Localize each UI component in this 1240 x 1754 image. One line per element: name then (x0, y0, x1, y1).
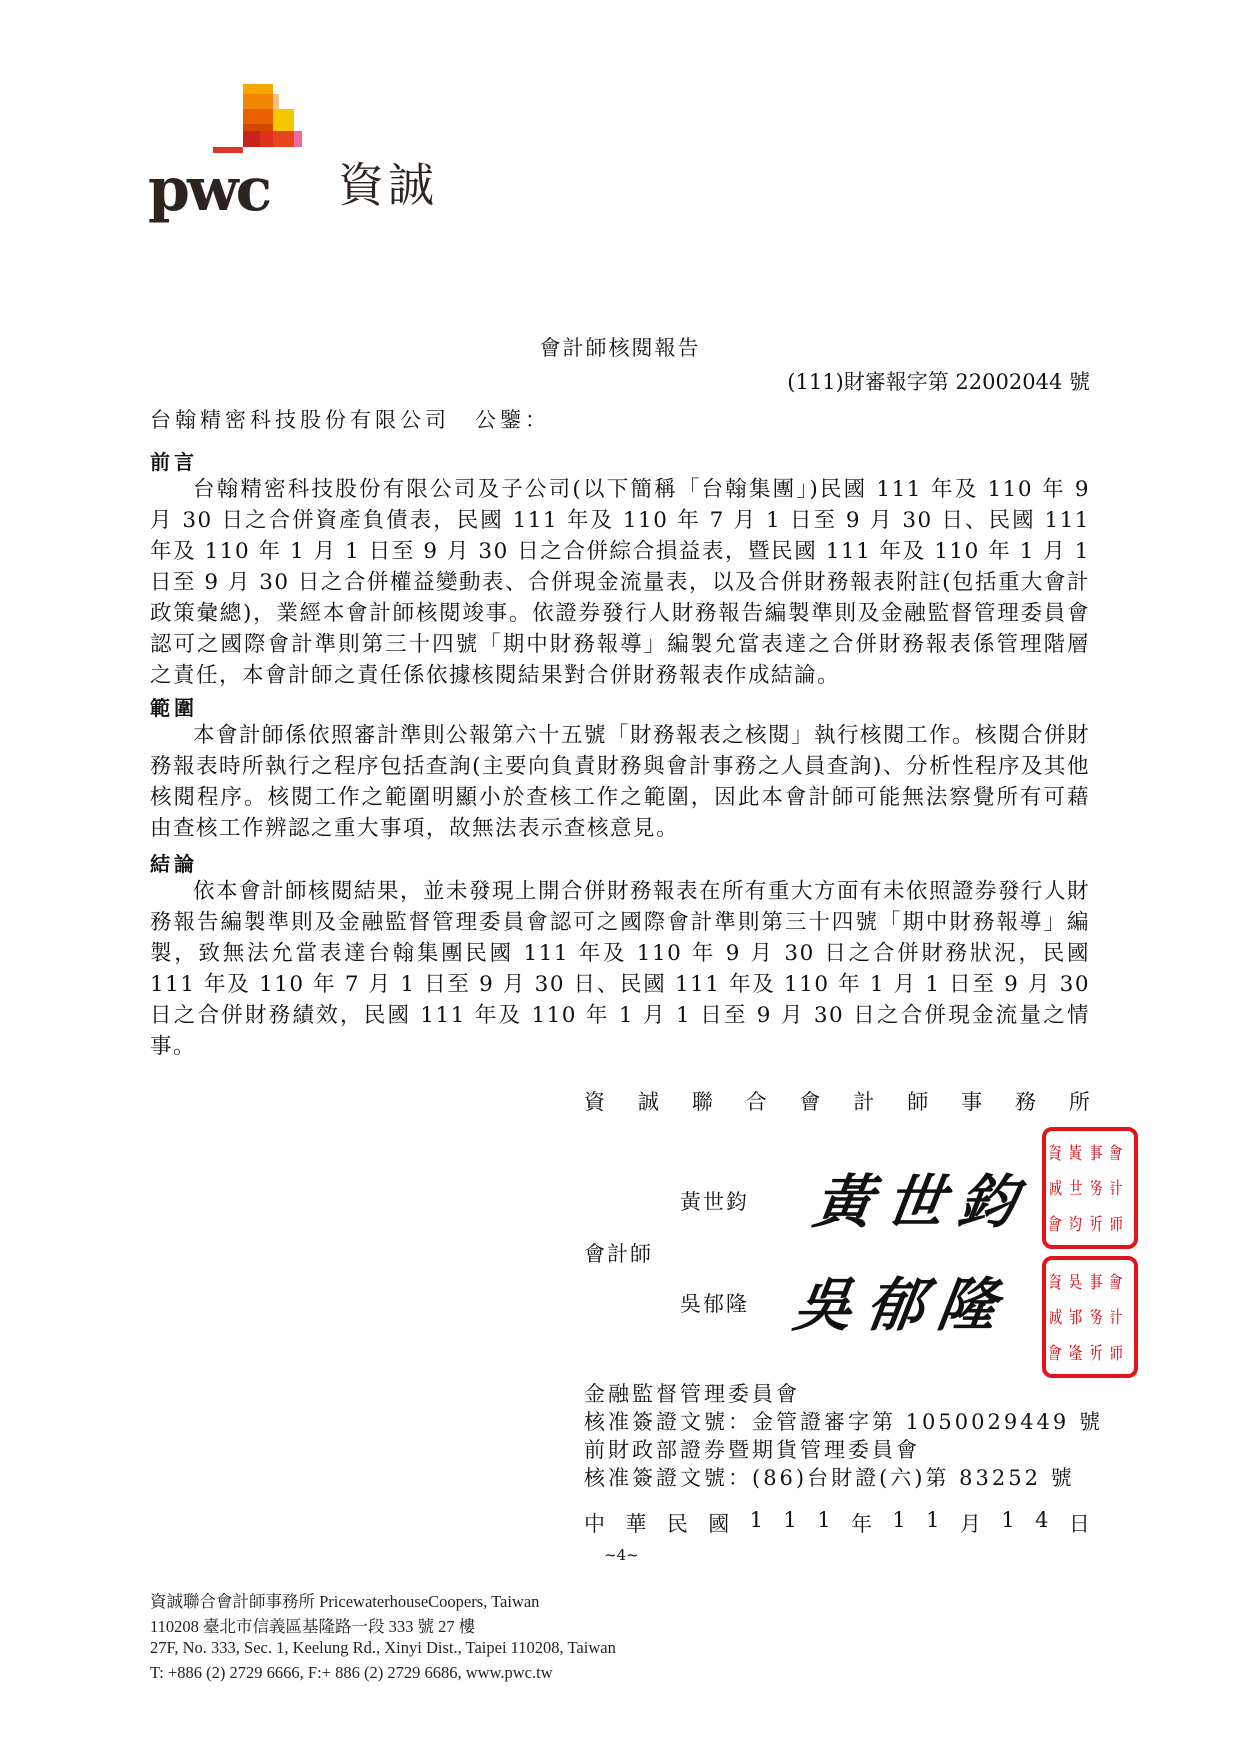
red-seal-stamp-1-icon: 資 黃 事 會 誠 世 務 計 會 鈞 所 師 (1042, 1127, 1138, 1249)
seal-char: 所 (1091, 1206, 1110, 1241)
firm-name: 資 誠 聯 合 會 計 師 事 務 所 (584, 1086, 1090, 1116)
handwritten-signature-1: 黃世鈞 (809, 1155, 1037, 1239)
footer-address-english: 27F, No. 333, Sec. 1, Keelung Rd., Xinyi… (150, 1638, 616, 1658)
firm-char: 資 (584, 1086, 605, 1116)
date-char: 1 (1001, 1508, 1014, 1538)
registration-number-2: 核准簽證文號：(86)台財證(六)第 83252 號 (584, 1462, 1075, 1492)
seal-char: 會 (1111, 1264, 1130, 1299)
date-char: 民 (667, 1508, 688, 1538)
report-reference-number: (111)財審報字第 22002044 號 (787, 366, 1090, 396)
seal-char: 事 (1091, 1264, 1110, 1299)
date-char: 1 (926, 1508, 939, 1538)
seal-char: 吳 (1070, 1264, 1089, 1299)
seal-char: 務 (1091, 1171, 1110, 1206)
date-char: 1 (783, 1508, 796, 1538)
seal-char: 會 (1050, 1335, 1069, 1370)
pwc-wordmark: pwc (148, 160, 269, 220)
red-seal-stamp-2-icon: 資 吳 事 會 誠 郁 務 計 會 隆 所 師 (1042, 1256, 1138, 1378)
firm-char: 事 (961, 1086, 982, 1116)
footer-address-chinese: 110208 臺北市信義區基隆路一段 333 號 27 樓 (150, 1613, 475, 1637)
accountant-label: 會計師 (584, 1238, 653, 1268)
date-char: 日 (1069, 1508, 1090, 1538)
date-char: 年 (851, 1508, 872, 1538)
report-date: 中 華 民 國 1 1 1 年 1 1 月 1 4 日 (584, 1508, 1090, 1538)
section-heading-conclusion: 結論 (150, 848, 198, 877)
handwritten-signature-2: 吳郁隆 (789, 1258, 1017, 1342)
date-char: 1 (817, 1508, 830, 1538)
date-char: 1 (750, 1508, 763, 1538)
seal-char: 會 (1050, 1206, 1069, 1241)
seal-char: 誠 (1050, 1300, 1069, 1335)
seal-char: 鈞 (1070, 1206, 1089, 1241)
date-char: 月 (960, 1508, 981, 1538)
pwc-chinese-name: 資誠 (338, 162, 438, 208)
date-char: 國 (708, 1508, 729, 1538)
seal-char: 師 (1111, 1206, 1130, 1241)
pwc-logo: pwc 資誠 (148, 84, 458, 214)
seal-char: 誠 (1050, 1171, 1069, 1206)
addressee: 台翰精密科技股份有限公司 公鑒： (150, 404, 550, 434)
footer-firm-name: 資誠聯合會計師事務所 PricewaterhouseCoopers, Taiwa… (150, 1588, 539, 1612)
accountant-name-2: 吳郁隆 (680, 1288, 749, 1318)
date-char: 華 (625, 1508, 646, 1538)
firm-char: 誠 (638, 1086, 659, 1116)
section-body-scope: 本會計師係依照審計準則公報第六十五號「財務報表之核閱」執行核閱工作。核閱合併財務… (150, 720, 1090, 844)
seal-char: 資 (1050, 1135, 1069, 1170)
firm-char: 會 (800, 1086, 821, 1116)
registration-authority-2: 前財政部證券暨期貨管理委員會 (584, 1434, 920, 1464)
pwc-logo-mark-icon (148, 84, 348, 164)
firm-char: 合 (746, 1086, 767, 1116)
firm-char: 所 (1069, 1086, 1090, 1116)
date-char: 中 (584, 1508, 605, 1538)
section-body-conclusion: 依本會計師核閱結果，並未發現上開合併財務報表在所有重大方面有未依照證券發行人財務… (150, 876, 1090, 1062)
date-char: 1 (892, 1508, 905, 1538)
seal-char: 資 (1050, 1264, 1069, 1299)
firm-char: 計 (853, 1086, 874, 1116)
firm-char: 務 (1015, 1086, 1036, 1116)
page-number: ~4~ (604, 1546, 639, 1564)
seal-char: 計 (1111, 1171, 1130, 1206)
seal-char: 事 (1091, 1135, 1110, 1170)
seal-char: 師 (1111, 1335, 1130, 1370)
seal-char: 所 (1091, 1335, 1110, 1370)
seal-char: 隆 (1070, 1335, 1089, 1370)
date-char: 4 (1035, 1508, 1048, 1538)
seal-char: 計 (1111, 1300, 1130, 1335)
seal-char: 世 (1070, 1171, 1089, 1206)
seal-char: 務 (1091, 1300, 1110, 1335)
section-heading-introduction: 前言 (150, 446, 198, 475)
firm-char: 師 (907, 1086, 928, 1116)
seal-char: 會 (1111, 1135, 1130, 1170)
registration-number-1: 核准簽證文號：金管證審字第 1050029449 號 (584, 1406, 1103, 1436)
seal-char: 黃 (1070, 1135, 1089, 1170)
section-heading-scope: 範圍 (150, 692, 198, 721)
section-body-introduction: 台翰精密科技股份有限公司及子公司(以下簡稱「台翰集團」)民國 111 年及 11… (150, 474, 1090, 691)
seal-char: 郁 (1070, 1300, 1089, 1335)
footer-contact: T: +886 (2) 2729 6666, F:+ 886 (2) 2729 … (150, 1663, 553, 1683)
accountant-name-1: 黃世鈞 (680, 1186, 749, 1216)
report-title: 會計師核閱報告 (0, 332, 1240, 362)
firm-char: 聯 (692, 1086, 713, 1116)
registration-authority-1: 金融監督管理委員會 (584, 1378, 800, 1408)
